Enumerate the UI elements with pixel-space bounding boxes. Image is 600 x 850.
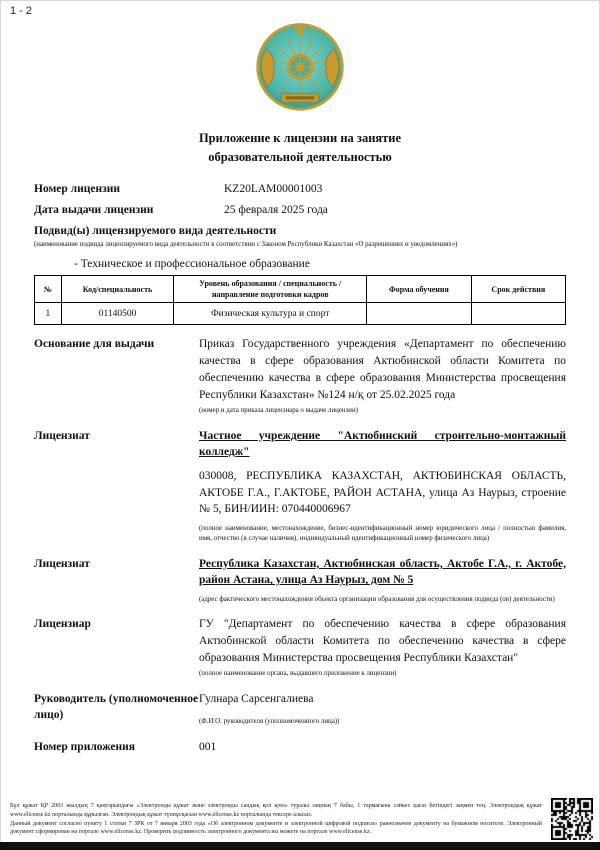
appendix-number-label: Номер приложения — [34, 739, 199, 756]
licensor-note: (полное наименование органа, выдавшего п… — [199, 669, 566, 679]
licensor-label: Лицензиар — [34, 616, 199, 679]
cell-level: Физическая культура и спорт — [174, 303, 367, 325]
legal-footer: Бұл құжат ҚР 2003 жылдың 7 қаңтарындағы … — [10, 802, 542, 837]
subtype-item: - Техническое и профессиональное образов… — [74, 258, 566, 270]
document-title-line2: образовательной деятельностью — [34, 148, 566, 167]
cell-num: 1 — [35, 303, 62, 325]
licensor-value: ГУ "Департамент по обеспечению качества … — [199, 616, 566, 666]
licensee2-address: Республика Казахстан, Актюбинская област… — [199, 556, 566, 589]
col-header-num: № — [35, 276, 62, 303]
license-number-value: KZ20LAM00001003 — [224, 183, 322, 195]
basis-value: Приказ Государственного учреждения «Депа… — [199, 336, 566, 403]
basis-note: (номер и дата приказа лицензиара о выдач… — [199, 406, 566, 416]
licensee1-address: 030008, РЕСПУБЛИКА КАЗАХСТАН, АКТЮБИНСКА… — [199, 468, 566, 518]
licensee2-label: Лицензиат — [34, 556, 199, 606]
head-note: (Ф.И.О. руководителя (уполномоченного ли… — [199, 717, 566, 727]
subtype-heading: Подвид(ы) лицензируемого вида деятельнос… — [34, 225, 566, 237]
document-title: Приложение к лицензии на занятие образов… — [34, 129, 566, 168]
license-number-row: Номер лицензии KZ20LAM00001003 — [34, 183, 566, 195]
emblem-container — [34, 0, 566, 117]
legal-footer-kazakh: Бұл құжат ҚР 2003 жылдың 7 қаңтарындағы … — [10, 802, 542, 819]
licensee-section-1: Лицензиат Частное учреждение "Актюбински… — [34, 428, 566, 545]
licensor-section: Лицензиар ГУ "Департамент по обеспечению… — [34, 616, 566, 679]
licensee1-note: (полное наименование, местонахождение, б… — [199, 524, 566, 545]
qr-code — [551, 798, 593, 840]
col-header-term: Срок действия — [471, 276, 565, 303]
cell-term — [471, 303, 565, 325]
col-header-form: Форма обучения — [367, 276, 472, 303]
issue-date-row: Дата выдачи лицензии 25 февраля 2025 год… — [34, 204, 566, 216]
kazakhstan-coat-of-arms-icon — [253, 18, 347, 112]
specialties-table: № Код/специальность Уровень образования … — [34, 275, 566, 325]
licensee2-note: (адрес фактического местонахождения объе… — [199, 595, 566, 605]
basis-section: Основание для выдачи Приказ Государствен… — [34, 336, 566, 416]
appendix-number-section: Номер приложения 001 — [34, 739, 566, 756]
issue-date-label: Дата выдачи лицензии — [34, 204, 224, 216]
cell-code: 01140500 — [61, 303, 174, 325]
head-value: Гулнара Сарсенгалиева — [199, 691, 566, 708]
scan-edge-bar — [0, 842, 600, 850]
issue-date-value: 25 февраля 2025 года — [224, 204, 328, 216]
license-fields: Номер лицензии KZ20LAM00001003 Дата выда… — [34, 183, 566, 216]
license-number-label: Номер лицензии — [34, 183, 224, 195]
col-header-level: Уровень образования / специальность / на… — [174, 276, 367, 303]
table-header-row: № Код/специальность Уровень образования … — [35, 276, 566, 303]
licensee-section-2: Лицензиат Республика Казахстан, Актюбинс… — [34, 556, 566, 606]
licensee1-name: Частное учреждение "Актюбинский строител… — [199, 428, 566, 461]
cell-form — [367, 303, 472, 325]
basis-label: Основание для выдачи — [34, 336, 199, 416]
col-header-code: Код/специальность — [61, 276, 174, 303]
head-label: Руководитель (уполномоченное лицо) — [34, 691, 199, 728]
subtype-note: (наименование подвида лицензируемого вид… — [34, 240, 554, 250]
legal-footer-russian: Данный документ согласно пункту 1 статьи… — [10, 820, 542, 837]
document-title-line1: Приложение к лицензии на занятие — [34, 129, 566, 148]
licensee1-label: Лицензиат — [34, 428, 199, 545]
page-number-indicator: 1 - 2 — [10, 5, 32, 17]
table-row: 1 01140500 Физическая культура и спорт — [35, 303, 566, 325]
head-section: Руководитель (уполномоченное лицо) Гулна… — [34, 691, 566, 728]
appendix-number-value: 001 — [199, 739, 566, 756]
